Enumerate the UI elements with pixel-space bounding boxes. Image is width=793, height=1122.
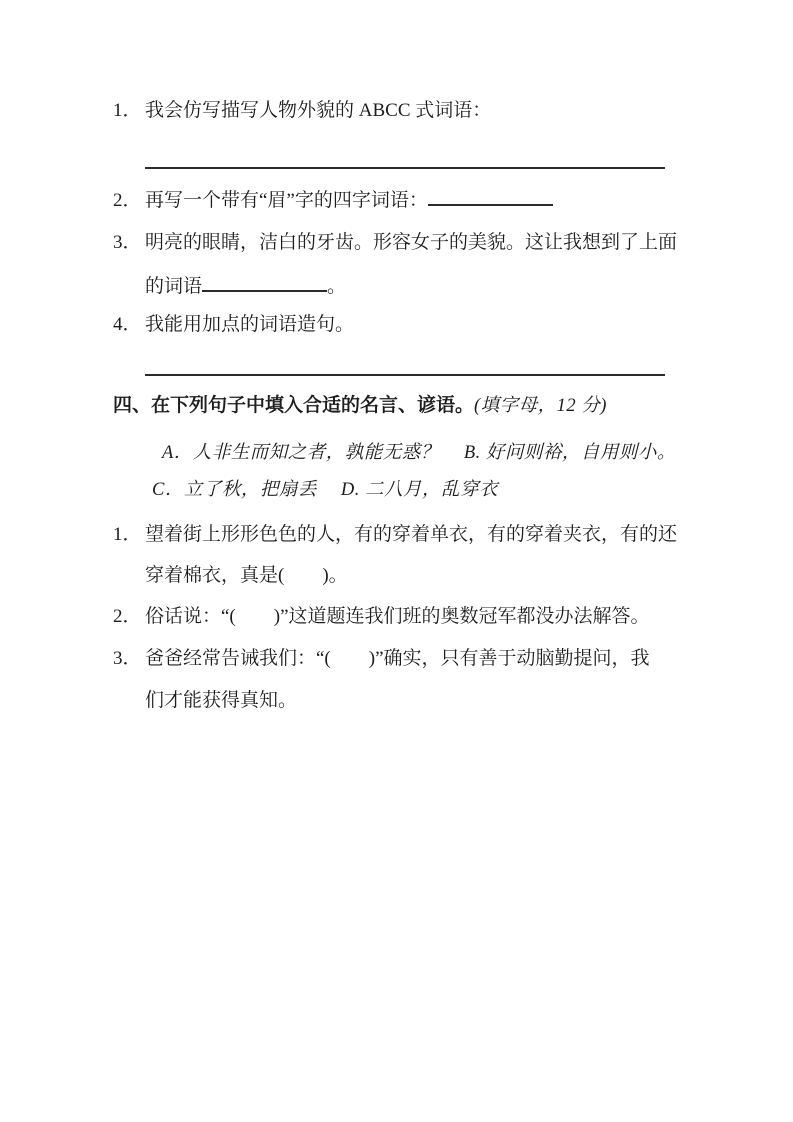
part3-item-2-number: 2． bbox=[113, 188, 145, 214]
answer-blank-item-3 bbox=[202, 272, 327, 292]
part3-item-2: 2．再写一个带有“眉”字的四字词语： bbox=[113, 186, 553, 212]
part4-question-2-text: 俗话说：“( )”这道题连我们班的奥数冠军都没办法解答。 bbox=[145, 606, 650, 627]
part4-question-3-text-line-2: 们才能获得真知。 bbox=[145, 690, 297, 711]
answer-line-2 bbox=[145, 374, 665, 376]
option-d: D. 二八月，乱穿衣 bbox=[341, 480, 498, 500]
part3-item-3-period: 。 bbox=[327, 276, 346, 297]
part4-question-2-number: 2． bbox=[113, 604, 145, 630]
part3-item-4-text: 我能用加点的词语造句。 bbox=[145, 314, 354, 335]
part4-question-3-line-2: 们才能获得真知。 bbox=[145, 688, 297, 714]
part4-question-3-number: 3． bbox=[113, 646, 145, 672]
option-c: C．立了秋，把扇丢 bbox=[152, 480, 317, 500]
answer-blank-item-2 bbox=[428, 186, 553, 206]
part4-heading-note: (填字母，12 分) bbox=[474, 396, 607, 416]
part3-item-4: 4．我能用加点的词语造句。 bbox=[113, 312, 354, 338]
part4-question-1-number: 1． bbox=[113, 522, 145, 548]
part3-item-1: 1．我会仿写描写人物外貌的 ABCC 式词语： bbox=[113, 98, 491, 124]
part3-item-3-number: 3． bbox=[113, 230, 145, 256]
part3-item-3-text-line-1: 明亮的眼睛，洁白的牙齿。形容女子的美貌。这让我想到了上面 bbox=[145, 232, 677, 253]
part4-options-line-2: C．立了秋，把扇丢D. 二八月，乱穿衣 bbox=[152, 477, 498, 503]
part4-question-1-text-line-2: 穿着棉衣，真是( )。 bbox=[145, 565, 348, 586]
part3-item-1-text: 我会仿写描写人物外貌的 ABCC 式词语： bbox=[145, 100, 491, 121]
option-a: A．人非生而知之者，孰能无惑？ bbox=[162, 443, 440, 463]
part4-question-1-line-2: 穿着棉衣，真是( )。 bbox=[145, 563, 348, 589]
part4-question-3-line-1: 3．爸爸经常告诫我们：“( )”确实，只有善于动脑勤提问，我 bbox=[113, 646, 650, 672]
part4-options-line-1: A．人非生而知之者，孰能无惑？B. 好问则裕，自用则小。 bbox=[162, 440, 676, 466]
part4-heading-title: 四、在下列句子中填入合适的名言、谚语。 bbox=[113, 395, 474, 416]
answer-line-1 bbox=[145, 167, 665, 169]
part3-item-4-number: 4． bbox=[113, 312, 145, 338]
part4-question-2: 2．俗话说：“( )”这道题连我们班的奥数冠军都没办法解答。 bbox=[113, 604, 650, 630]
part4-question-1-text-line-1: 望着街上形形色色的人，有的穿着单衣，有的穿着夹衣，有的还 bbox=[145, 524, 677, 545]
part3-item-3-line-2: 的词语。 bbox=[145, 272, 346, 298]
part3-item-2-text: 再写一个带有“眉”字的四字词语： bbox=[145, 190, 428, 211]
part4-question-1-line-1: 1．望着街上形形色色的人，有的穿着单衣，有的穿着夹衣，有的还 bbox=[113, 522, 677, 548]
part4-question-3-text-line-1: 爸爸经常告诫我们：“( )”确实，只有善于动脑勤提问，我 bbox=[145, 648, 650, 669]
option-b: B. 好问则裕，自用则小。 bbox=[464, 443, 676, 463]
worksheet-page: 1．我会仿写描写人物外貌的 ABCC 式词语： 2．再写一个带有“眉”字的四字词… bbox=[0, 0, 793, 1122]
part3-item-1-number: 1． bbox=[113, 98, 145, 124]
part3-item-3-line-1: 3．明亮的眼睛，洁白的牙齿。形容女子的美貌。这让我想到了上面 bbox=[113, 230, 677, 256]
part3-item-3-text-line-2: 的词语 bbox=[145, 276, 202, 297]
part4-heading: 四、在下列句子中填入合适的名言、谚语。(填字母，12 分) bbox=[113, 393, 607, 419]
